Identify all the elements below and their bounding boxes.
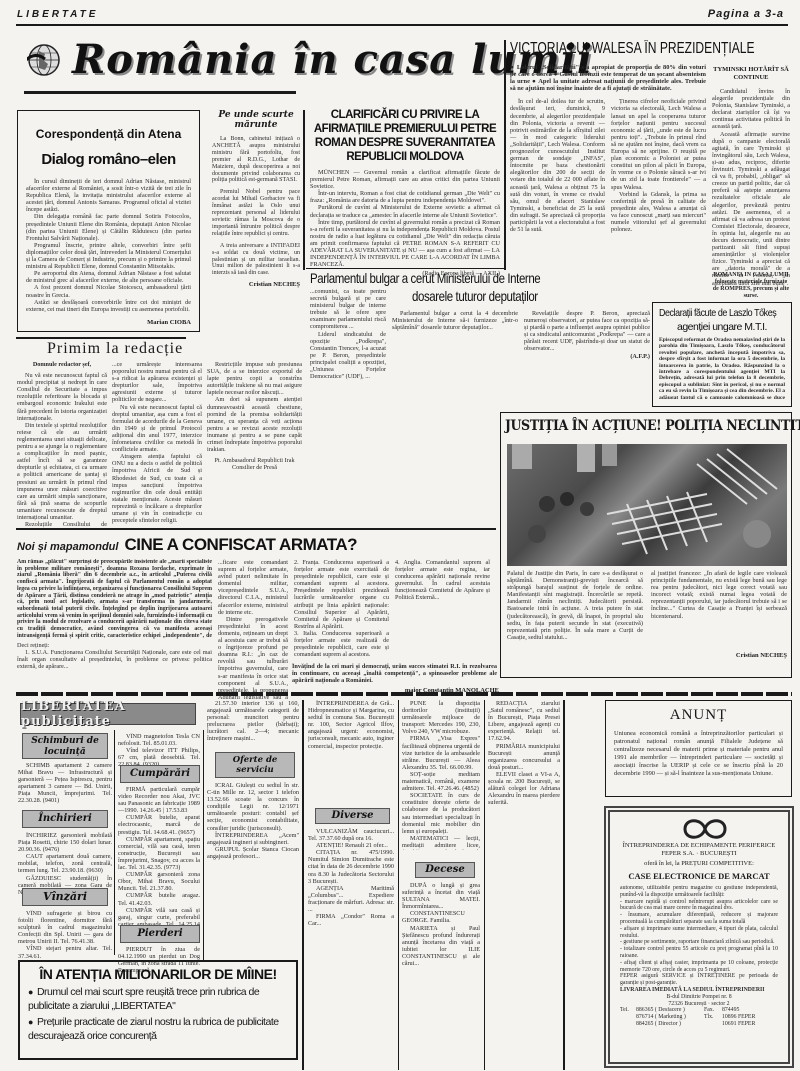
feper-contacts: Tel.886365 ( Desfacere )Fax.874495 87671… (620, 1007, 778, 1027)
ad-list: ÎNCHIRIEZ garsonieră mobilată Piața Rose… (18, 832, 112, 896)
ad-list: ÎNTREPRINDEREA de Gră... Hidropneumatice… (308, 700, 394, 805)
paper-name: LIBERTATE (17, 9, 98, 20)
ad-list: ICRAL Giulești cu sediul în str. C-tin M… (207, 782, 299, 982)
category-decese: Decese (415, 862, 475, 878)
column-divider (302, 700, 304, 1070)
atena-title: Dialog româno–elen (26, 151, 191, 168)
category-oferte-serviciu: Oferte de serviciu (215, 752, 295, 778)
walesa-title: VICTORIA LUI WALESA ÎN PREZIDENȚIALE (510, 40, 705, 58)
walesa-lead: ● Liderul „Solidarității" s-a apropiat d… (510, 64, 706, 92)
tyminski-article: TYMINSKI HOTĂRÎT SĂ CONTINUE Candidatul … (712, 66, 790, 266)
ad-list: VÎND sufragerie și birou cu fotolii flor… (18, 910, 112, 960)
anunt-title: ANUNȚ (614, 707, 783, 724)
column-divider (398, 700, 399, 1070)
column-divider (203, 730, 204, 960)
tokes-body: Episcopul reformat de Oradea nemaiavînd … (659, 337, 785, 399)
rule (16, 337, 186, 339)
ad-list: FIRMĂ particulară cumpăr video Recorder … (118, 786, 200, 926)
feper-ad: ÎNTREPRINDEREA DE ECHIPAMENTE PERIFERICE… (604, 806, 794, 1068)
column-divider (484, 700, 485, 1070)
column-divider (303, 110, 305, 270)
milionari-title: ÎN ATENȚIA MILIONARILOR DE MÎINE! (28, 966, 288, 982)
tokes-article: Declarații făcute de Laszlo Tőkeș agenți… (652, 302, 792, 407)
walesa-article: VICTORIA LUI WALESA ÎN PREZIDENȚIALE ● L… (510, 40, 706, 260)
armata-title: CINE A CONFISCAT ARMATA? (124, 535, 357, 555)
marunte-item: A treia aniversare a INTIFADEI s-a solda… (212, 243, 300, 278)
bulgar-source: (A.F.P.) (524, 353, 650, 360)
column-divider (114, 730, 115, 955)
marunte-signature: Cristian NECHEȘ (212, 281, 300, 288)
classifieds-banner: LIBERTATEA publicitate (20, 703, 196, 725)
feper-offer: oferă în lei, la PREȚURI COMPETITIVE: (620, 860, 778, 867)
section-rule (24, 91, 296, 94)
ad-list: 21.57.30 interior 136 și 160, angajează … (207, 700, 299, 745)
tokes-title-line2: agenției ungare M.T.I. (659, 321, 785, 333)
globe-icon (27, 43, 61, 77)
rule (306, 268, 506, 269)
ad-list: DUPĂ o lungă și grea suferință a încetat… (402, 882, 480, 1067)
category-schimburi: Schimburi de locuință (22, 733, 108, 759)
category-inchirieri: Închirieri (22, 810, 108, 828)
atena-article: Corespondență din Atena Dialog româno–el… (17, 110, 200, 332)
armata-closing: Învățînd de la cei mari și democrați, ur… (292, 663, 497, 684)
ad-list: PUNE la dispoziția doritorilor (instituț… (402, 700, 480, 850)
category-cumparari: Cumpărări (120, 765, 200, 783)
armata-kicker: Noi și mapamondul (17, 541, 118, 553)
column-divider (504, 40, 506, 270)
primim-article: Primim la redacție Domnule redactor șef,… (17, 340, 307, 526)
page-label: Pagina a 3-a (708, 8, 784, 20)
bulgar-title-line2: dosarele tuturor deputaților (412, 288, 607, 304)
bulgar-title-line1: Parlamentul bulgar a cerut Ministerului … (310, 270, 589, 286)
feper-company: ÎNTREPRINDEREA DE ECHIPAMENTE PERIFERICE… (620, 842, 778, 858)
marunte-title: Pe unde scurte mărunte (212, 110, 300, 130)
atena-kicker: Corespondență din Atena (26, 127, 191, 141)
feper-logo-icon (680, 816, 730, 842)
category-diverse: Diverse (315, 808, 390, 824)
tyminski-title: TYMINSKI HOTĂRÎT SĂ CONTINUE (712, 66, 790, 82)
marunte-item: La Bonn, cabinetul inițiază o ANCHETĂ as… (212, 136, 300, 184)
category-pierderi: Pierderi (120, 925, 200, 943)
ad-list: VULCANIZĂM cauciucuri... Tel. 37.37.60 d… (308, 828, 394, 1068)
anunt-body: Uniunea economică română a întreprinzăto… (614, 730, 783, 778)
atena-signature: Marian CIOBA (26, 319, 191, 326)
rompres-note: ROMÂNIA ÎN CASA LUMII folosește material… (712, 272, 790, 300)
column-divider (563, 700, 565, 1070)
armata-article: Noi și mapamondul CINE A CONFISCAT ARMAT… (17, 535, 499, 700)
milionari-box: ÎN ATENȚIA MILIONARILOR DE MÎINE! Drumul… (18, 960, 298, 1060)
tokes-title-line1: Declarații făcute de Laszlo Tőkeș (659, 307, 766, 319)
atena-body: În cursul dimineții de ieri domnul Adria… (26, 178, 191, 313)
section-separator (16, 692, 792, 696)
milionari-bullet: Drumul cel mai scurt spre reușită trece … (28, 985, 288, 1013)
milionari-bullet: Prețurile practicate de ziarul nostru la… (28, 1015, 288, 1043)
feper-product: CASE ELECTRONICE DE MARCAT (620, 871, 778, 881)
marunte-item: Premiul Nobel pentru pace acordat lui Mi… (212, 189, 300, 237)
ad-list: SCHIMB apartament 2 camere Mihai Bravu —… (18, 762, 112, 805)
primim-title: Primim la redacție (47, 340, 307, 358)
justitia-frame (500, 412, 792, 678)
clarificari-article: CLARIFICĂRI CU PRIVIRE LA AFIRMAȚIILE PR… (310, 108, 500, 258)
marunte-column: Pe unde scurte mărunte La Bonn, cabinetu… (212, 110, 300, 330)
category-vinzari: Vînzări (22, 888, 108, 906)
clarificari-title: CLARIFICĂRI CU PRIVIRE LA AFIRMAȚIILE PR… (310, 108, 500, 164)
ad-list: VÎND magnetofon Tesla CN nefolosit. Tel.… (118, 733, 200, 768)
anunt-box: ANUNȚ Uniunea economică română a întrepr… (605, 700, 792, 797)
rule (16, 528, 496, 530)
top-rule (16, 24, 788, 26)
ad-list: REDACȚIA ziarului „Satul românesc", cu s… (488, 700, 560, 1070)
